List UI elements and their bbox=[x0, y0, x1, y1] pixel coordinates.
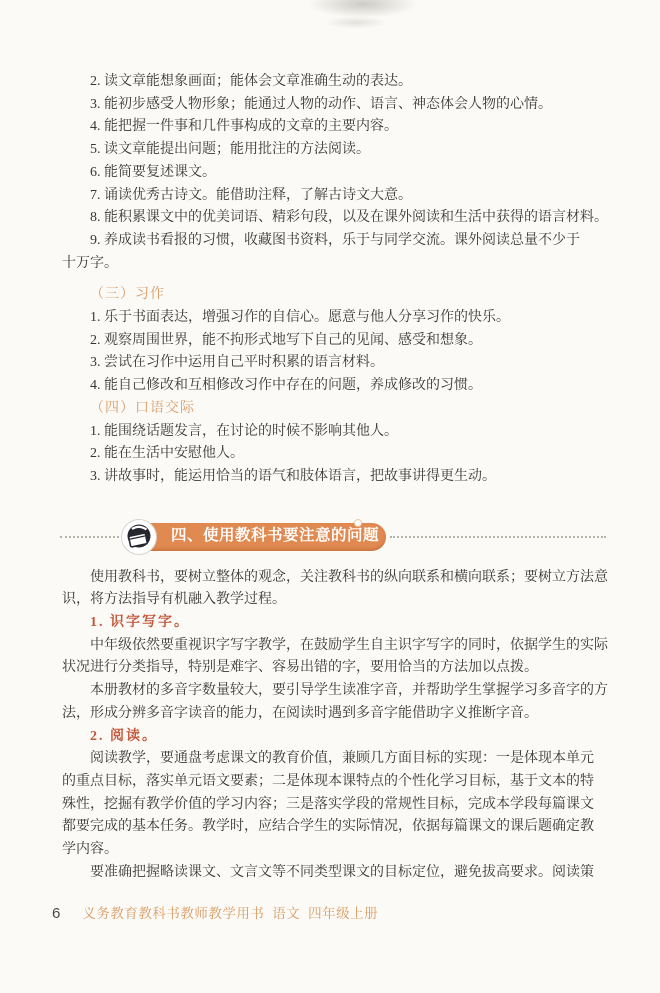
page-footer: 6 义务教育教科书教师教学用书 语文 四年级上册 bbox=[52, 903, 378, 925]
list-item: 7. 诵读优秀古诗文。能借助注释，了解古诗文大意。 bbox=[62, 185, 614, 208]
page-content: 2. 读文章能想象画面；能体会文章准确生动的表达。 3. 能初步感受人物形象；能… bbox=[62, 71, 614, 885]
book-icon bbox=[121, 519, 157, 555]
list-item: 3. 讲故事时，能运用恰当的语气和肢体语言，把故事讲得更生动。 bbox=[62, 466, 614, 489]
list-item: 4. 能把握一件事和几件事构成的文章的主要内容。 bbox=[62, 116, 614, 139]
list-item: 3. 尝试在习作中运用自己平时积累的语言材料。 bbox=[62, 352, 614, 375]
list-item: 4. 能自己修改和互相修改习作中存在的问题，养成修改的习惯。 bbox=[62, 375, 614, 398]
scanned-book-page: 2. 读文章能想象画面；能体会文章准确生动的表达。 3. 能初步感受人物形象；能… bbox=[0, 0, 660, 993]
page-number: 6 bbox=[52, 903, 60, 925]
subsection-heading-speaking: （四）口语交际 bbox=[62, 398, 614, 421]
list-item: 3. 能初步感受人物形象；能通过人物的动作、语言、神态体会人物的心情。 bbox=[62, 94, 614, 117]
footer-book-title: 义务教育教科书教师教学用书 语文 四年级上册 bbox=[82, 903, 378, 925]
subhead-literacy: 1. 识字写字。 bbox=[62, 612, 614, 635]
paragraph: 阅读教学，要通盘考虑课文的教育价值，兼顾几方面目标的实现：一是体现本单元 的重点… bbox=[62, 748, 614, 862]
subhead-reading: 2. 阅读。 bbox=[62, 726, 614, 749]
paragraph: 要准确把握略读课文、文言文等不同类型课文的目标定位，避免拔高要求。阅读策 bbox=[62, 862, 614, 885]
chapter-title: 四、使用教科书要注意的问题 bbox=[171, 525, 379, 548]
paragraph: 本册教材的多音字数量较大，要引导学生读准字音，并帮助学生掌握学习多音字的方 法，… bbox=[62, 680, 614, 725]
paragraph: 中年级依然要重视识字写字教学，在鼓励学生自主识字写字的同时，依据学生的实际 状况… bbox=[62, 635, 614, 680]
list-item: 2. 读文章能想象画面；能体会文章准确生动的表达。 bbox=[62, 71, 614, 94]
subsection-heading-writing: （三）习作 bbox=[62, 284, 614, 307]
paragraph: 使用教科书，要树立整体的观念，关注教科书的纵向联系和横向联系；要树立方法意 识，… bbox=[62, 567, 614, 612]
scan-smudge bbox=[325, 16, 387, 29]
list-item: 2. 观察周围世界，能不拘形式地写下自己的见闻、感受和想象。 bbox=[62, 330, 614, 353]
decorative-dot bbox=[354, 519, 362, 527]
list-item: 5. 读文章能提出问题；能用批注的方法阅读。 bbox=[62, 139, 614, 162]
list-item: 2. 能在生活中安慰他人。 bbox=[62, 443, 614, 466]
dotted-line bbox=[60, 536, 123, 538]
list-item: 9. 养成读书看报的习惯，收藏图书资料，乐于与同学交流。课外阅读总量不少于 十万… bbox=[62, 230, 614, 275]
chapter-heading-badge: 四、使用教科书要注意的问题 bbox=[60, 519, 614, 555]
dotted-line bbox=[390, 536, 606, 538]
list-item: 6. 能简要复述课文。 bbox=[62, 162, 614, 185]
chapter-title-pill: 四、使用教科书要注意的问题 bbox=[123, 523, 386, 551]
list-item: 8. 能积累课文中的优美词语、精彩句段，以及在课外阅读和生活中获得的语言材料。 bbox=[62, 207, 614, 230]
list-item: 1. 能围绕话题发言，在讨论的时候不影响其他人。 bbox=[62, 421, 614, 444]
list-item: 1. 乐于书面表达，增强习作的自信心。愿意与他人分享习作的快乐。 bbox=[62, 307, 614, 330]
